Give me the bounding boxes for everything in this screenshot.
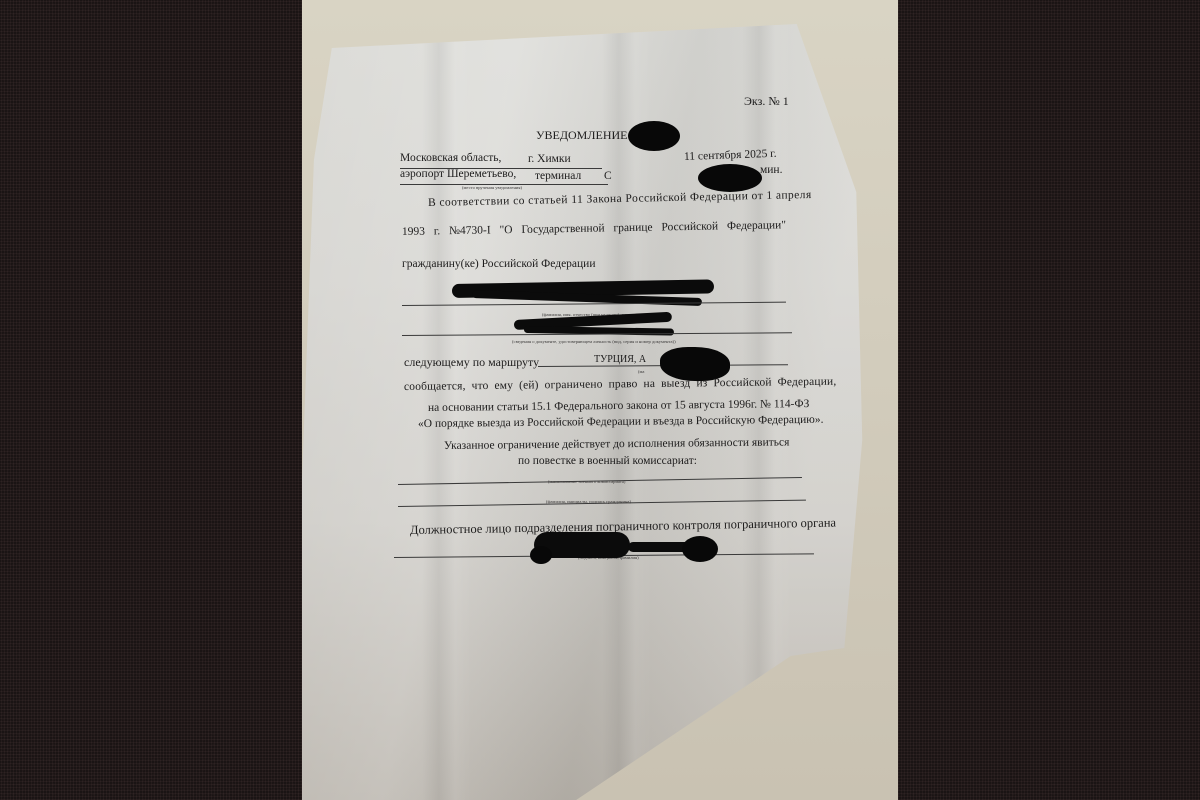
copy-label: Экз. № 1 — [744, 94, 789, 109]
caption-citizen-signature: (фамилия, инициалы, подпись гражданина) — [546, 499, 631, 504]
place-city: г. Химки — [528, 153, 571, 165]
place-caption: (место вручения уведомления) — [462, 185, 522, 190]
route-label: следующему по маршруту — [404, 355, 539, 370]
redaction-official — [682, 536, 718, 562]
document-photo: Экз. № 1 УВЕДОМЛЕНИЕ № Московская област… — [302, 0, 898, 800]
place-terminal-label: терминал — [535, 170, 581, 182]
redaction-official — [530, 546, 552, 564]
route-caption: (ма — [638, 369, 644, 374]
redaction-notice-number — [628, 121, 680, 151]
notice-title: УВЕДОМЛЕНИЕ № — [536, 128, 642, 143]
caption-commissariat: (наименование военного комиссариата) — [548, 479, 625, 484]
place-terminal: С — [604, 170, 612, 182]
paper-fold — [422, 0, 472, 800]
place-airport: аэропорт Шереметьево, — [400, 168, 516, 180]
redaction-time — [698, 164, 762, 192]
place-region: Московская область, — [400, 152, 501, 164]
body-line-8: по повестке в военный комиссариат: — [518, 455, 697, 467]
body-line-3: гражданину(ке) Российской Федерации — [402, 258, 595, 270]
caption-id-document: (сведения о документе, удостоверяющем ли… — [512, 339, 676, 344]
time-suffix: мин. — [760, 164, 782, 176]
redaction-route — [660, 347, 730, 381]
route-value: ТУРЦИЯ, А — [594, 354, 646, 365]
